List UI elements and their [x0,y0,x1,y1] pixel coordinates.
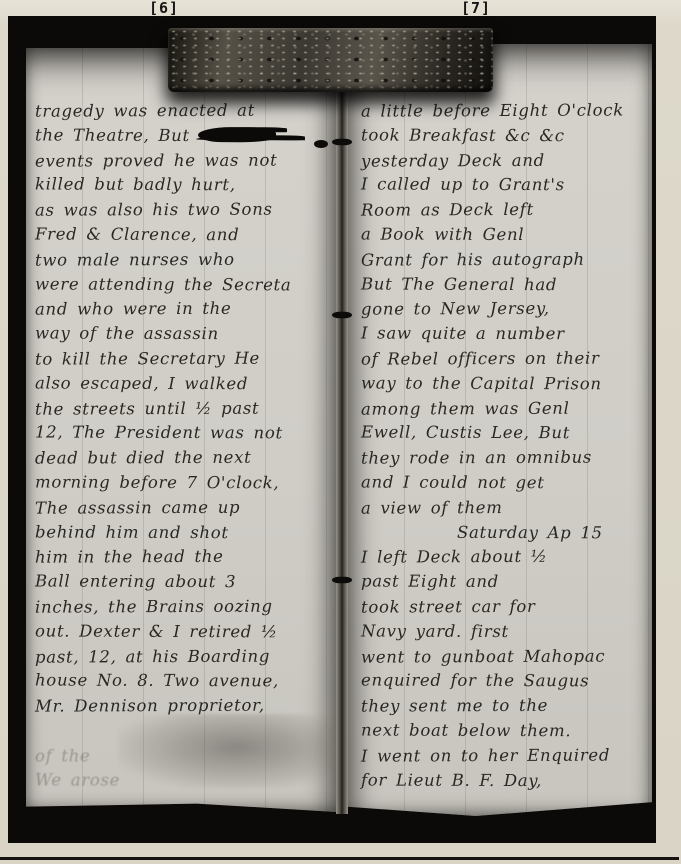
handwriting-line: past, 12, at his Boarding [35,644,334,670]
handwriting-text: were attending the Secreta [35,274,292,294]
handwriting-text: I went on to her Enquired [361,745,610,765]
handwriting-line: two male nurses who [35,247,334,273]
handwriting-line: killed but badly hurt, [35,173,334,199]
handwriting-line: Ewell, Custis Lee, But [361,421,650,447]
handwriting-line: The assassin came up [35,495,334,521]
handwriting-line: tragedy was enacted at [35,98,334,124]
handwriting-line: were attending the Secreta [35,272,334,298]
handwriting-text: past, 12, at his Boarding [35,646,270,666]
handwriting-line: the streets until ½ past [35,396,334,422]
handwriting-line: next boat below them. [361,718,650,744]
handwriting-text: past Eight and [361,572,499,591]
handwriting-right-page: a little before Eight O'clocktook Breakf… [348,44,652,793]
handwriting-line: Saturday Ap 15 [361,520,650,546]
diary-page-right: a little before Eight O'clocktook Breakf… [348,44,652,816]
handwriting-line: the Theatre, But [35,123,334,149]
handwriting-line: and who were in the [35,297,334,323]
handwriting-text: tragedy was enacted at [35,101,255,121]
handwriting-text: dead but died the next [35,448,252,468]
handwriting-line: dead but died the next [35,446,334,472]
handwriting-text: also escaped, I walked [35,373,248,393]
page-number-left: [6] [149,0,179,16]
handwriting-line: behind him and shot [35,520,334,546]
handwriting-line: among them was Genl [361,396,650,422]
handwriting-text: inches, the Brains oozing [35,597,273,617]
binding-gutter [336,46,348,814]
handwriting-text: a little before Eight O'clock [361,100,624,120]
ink-spot [314,140,328,148]
handwriting-line: I went on to her Enquired [361,743,650,769]
handwriting-line: they sent me to the [361,693,650,719]
handwriting-line: past Eight and [361,570,650,596]
handwriting-line: events proved he was not [35,148,334,174]
handwriting-text: I called up to Grant's [361,175,565,195]
stitch-mark [332,577,352,583]
ink-redaction-blob [198,127,276,142]
handwriting-text: events proved he was not [35,150,277,170]
handwriting-text: way to the Capital Prison [361,373,602,393]
handwriting-text: Ball entering about 3 [35,572,236,592]
handwriting-line: took Breakfast &c &c [361,123,650,149]
handwriting-line: they rode in an omnibus [361,446,650,472]
bottom-border-line [0,857,679,860]
handwriting-text: yesterday Deck and [361,150,545,170]
handwriting-text: as was also his two Sons [35,200,273,220]
stitch-mark [332,312,352,318]
handwriting-text: Grant for his autograph [361,249,585,269]
handwriting-text: Mr. Dennison proprietor, [35,696,265,716]
handwriting-text: I left Deck about ½ [361,547,547,567]
handwriting-text: and who were in the [35,299,232,319]
handwriting-text: among them was Genl [361,398,570,418]
handwriting-text: behind him and shot [35,522,229,542]
handwriting-text: and I could not get [361,472,545,492]
handwriting-line: to kill the Secretary He [35,346,334,372]
handwriting-text: But The General had [361,274,557,294]
handwriting-line: as was also his two Sons [35,198,334,224]
handwriting-line: took street car for [361,594,650,620]
handwriting-line: a Book with Genl [361,222,650,248]
handwriting-line: also escaped, I walked [35,371,334,397]
handwriting-line: a little before Eight O'clock [361,98,650,124]
handwriting-text: enquired for the Saugus [361,671,589,691]
handwriting-text: the streets until ½ past [35,398,259,418]
handwriting-line: morning before 7 O'clock, [35,470,334,496]
handwriting-line: yesterday Deck and [361,148,650,174]
handwriting-text: We arose [35,770,120,789]
handwriting-line: I called up to Grant's [361,173,650,199]
diary-scan-page: [6] [7] tragedy was enacted atthe Theatr… [0,0,681,864]
handwriting-line: him in the head the [35,545,334,571]
handwriting-text: for Lieut B. F. Day, [361,770,542,790]
handwriting-text: of the [35,746,91,765]
handwriting-line: I left Deck about ½ [361,545,650,571]
metal-clasp [168,28,493,92]
handwriting-text: of Rebel officers on their [361,349,600,369]
handwriting-text: Saturday Ap 15 [457,522,603,542]
stitch-mark [332,139,352,145]
handwriting-text: went to gunboat Mahopac [361,646,605,666]
handwriting-line: But The General had [361,272,650,298]
handwriting-line: way to the Capital Prison [361,371,650,397]
handwriting-text: Navy yard. first [361,621,509,641]
handwriting-line: a view of them [361,495,650,521]
handwriting-text: Fred & Clarence, and [35,224,239,244]
handwriting-left-page: tragedy was enacted atthe Theatre, Butev… [26,48,336,793]
handwriting-line: I saw quite a number [361,322,650,348]
handwriting-line: way of the assassin [35,322,334,348]
handwriting-text: took Breakfast &c &c [361,125,565,145]
handwriting-text: the Theatre, But [35,125,190,145]
handwriting-text: took street car for [361,597,536,617]
handwriting-text: a Book with Genl [361,224,524,244]
handwriting-text: gone to New Jersey, [361,299,550,319]
handwriting-text: The assassin came up [35,498,240,518]
handwriting-text: they sent me to the [361,696,548,716]
handwriting-line: Ball entering about 3 [35,570,334,596]
handwriting-text: to kill the Secretary He [35,349,260,369]
page-number-right: [7] [461,0,491,16]
handwriting-text: Room as Deck left [361,200,534,220]
handwriting-text: Ewell, Custis Lee, But [361,423,570,443]
handwriting-line: Grant for his autograph [361,247,650,273]
handwriting-line: Navy yard. first [361,619,650,645]
handwriting-text: next boat below them. [361,720,571,740]
handwriting-line: Fred & Clarence, and [35,222,334,248]
handwriting-text: two male nurses who [35,250,235,270]
handwriting-line: inches, the Brains oozing [35,594,334,620]
handwriting-text: him in the head the [35,547,224,567]
handwriting-text: 12, The President was not [35,423,283,443]
handwriting-line: and I could not get [361,470,650,496]
handwriting-line: gone to New Jersey, [361,297,650,323]
handwriting-line: of Rebel officers on their [361,346,650,372]
handwriting-line: house No. 8. Two avenue, [35,669,334,695]
handwriting-line: out. Dexter & I retired ½ [35,619,334,645]
handwriting-text: killed but badly hurt, [35,175,236,195]
handwriting-text: they rode in an omnibus [361,448,592,468]
handwriting-text: way of the assassin [35,324,219,344]
handwriting-line: 12, The President was not [35,421,334,447]
handwriting-text: I saw quite a number [361,324,565,344]
handwriting-text: house No. 8. Two avenue, [35,671,279,691]
handwriting-line: Room as Deck left [361,198,650,224]
handwriting-text: a view of them [361,498,503,518]
handwriting-text: out. Dexter & I retired ½ [35,621,278,641]
photograph-area: tragedy was enacted atthe Theatre, Butev… [8,16,656,843]
erased-smudge [118,714,334,788]
handwriting-line: enquired for the Saugus [361,669,650,695]
handwriting-line: for Lieut B. F. Day, [361,768,650,794]
handwriting-text: morning before 7 O'clock, [35,472,279,492]
handwriting-line: went to gunboat Mahopac [361,644,650,670]
diary-page-left: tragedy was enacted atthe Theatre, Butev… [26,48,336,812]
